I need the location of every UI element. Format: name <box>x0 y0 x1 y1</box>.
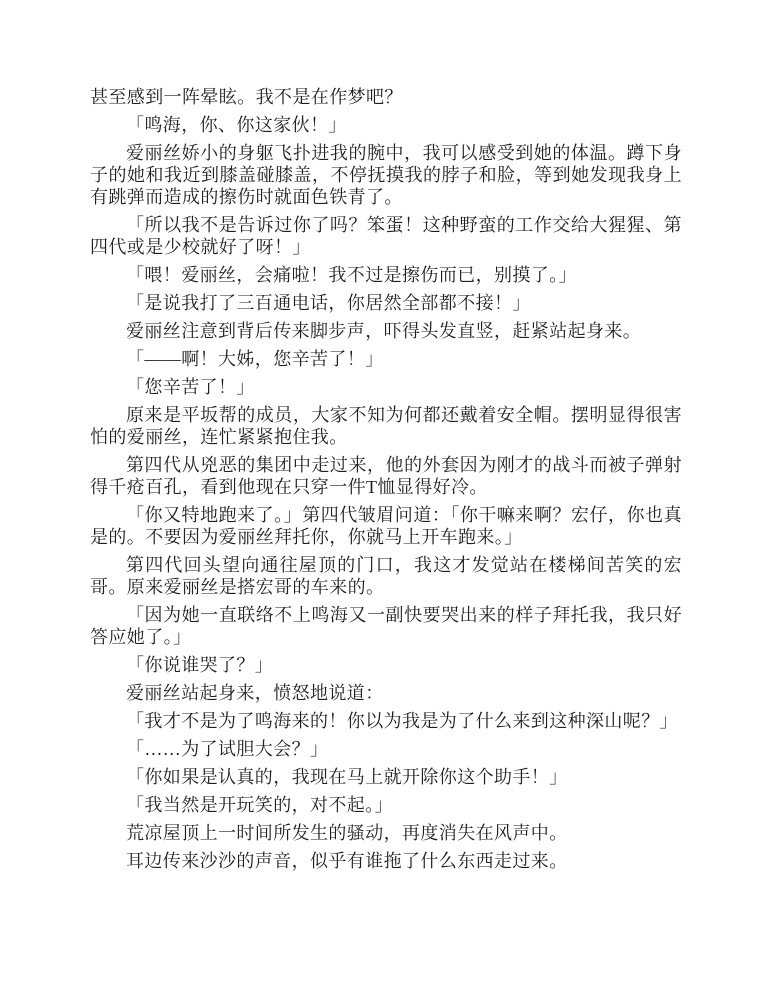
paragraph-1: 甚至感到一阵晕眩。我不是在作梦吧？ <box>90 86 682 108</box>
paragraph-7: 爱丽丝注意到背后传来脚步声，吓得头发直竖，赶紧站起身来。 <box>90 320 682 342</box>
paragraph-22: 耳边传来沙沙的声音，似乎有谁拖了什么东西走过来。 <box>90 850 682 872</box>
document-page: 甚至感到一阵晕眩。我不是在作梦吧？「鸣海，你、你这家伙！」爱丽丝娇小的身躯飞扑进… <box>0 0 765 990</box>
paragraph-14: 「因为她一直联络不上鸣海又一副快要哭出来的样子拜托我，我只好答应她了。」 <box>90 604 682 648</box>
paragraph-5: 「喂！爱丽丝，会痛啦！我不过是擦伤而已，别摸了。」 <box>90 264 682 286</box>
paragraph-19: 「你如果是认真的，我现在马上就开除你这个助手！」 <box>90 766 682 788</box>
paragraph-15: 「你说谁哭了？」 <box>90 654 682 676</box>
paragraph-13: 第四代回头望向通往屋顶的门口，我这才发觉站在楼梯间苦笑的宏哥。原来爱丽丝是搭宏哥… <box>90 554 682 598</box>
paragraph-2: 「鸣海，你、你这家伙！」 <box>90 114 682 136</box>
text-column: 甚至感到一阵晕眩。我不是在作梦吧？「鸣海，你、你这家伙！」爱丽丝娇小的身躯飞扑进… <box>90 86 682 878</box>
paragraph-3: 爱丽丝娇小的身躯飞扑进我的腕中，我可以感受到她的体温。蹲下身子的她和我近到膝盖碰… <box>90 142 682 208</box>
paragraph-18: 「……为了试胆大会？」 <box>90 738 682 760</box>
paragraph-9: 「您辛苦了！」 <box>90 376 682 398</box>
paragraph-12: 「你又特地跑来了。」第四代皱眉问道：「你干嘛来啊？宏仔，你也真是的。不要因为爱丽… <box>90 504 682 548</box>
paragraph-4: 「所以我不是告诉过你了吗？笨蛋！这种野蛮的工作交给大猩猩、第四代或是少校就好了呀… <box>90 214 682 258</box>
paragraph-17: 「我才不是为了鸣海来的！你以为我是为了什么来到这种深山呢？」 <box>90 710 682 732</box>
paragraph-8: 「——啊！大姊，您辛苦了！」 <box>90 348 682 370</box>
paragraph-6: 「是说我打了三百通电话，你居然全部都不接！」 <box>90 292 682 314</box>
paragraph-20: 「我当然是开玩笑的，对不起。」 <box>90 794 682 816</box>
paragraph-11: 第四代从兇恶的集团中走过来，他的外套因为刚才的战斗而被子弹射得千疮百孔，看到他现… <box>90 454 682 498</box>
paragraph-21: 荒凉屋顶上一时间所发生的骚动，再度消失在风声中。 <box>90 822 682 844</box>
paragraph-16: 爱丽丝站起身来，愤怒地说道： <box>90 682 682 704</box>
paragraph-10: 原来是平坂帮的成员，大家不知为何都还戴着安全帽。摆明显得很害怕的爱丽丝，连忙紧紧… <box>90 404 682 448</box>
